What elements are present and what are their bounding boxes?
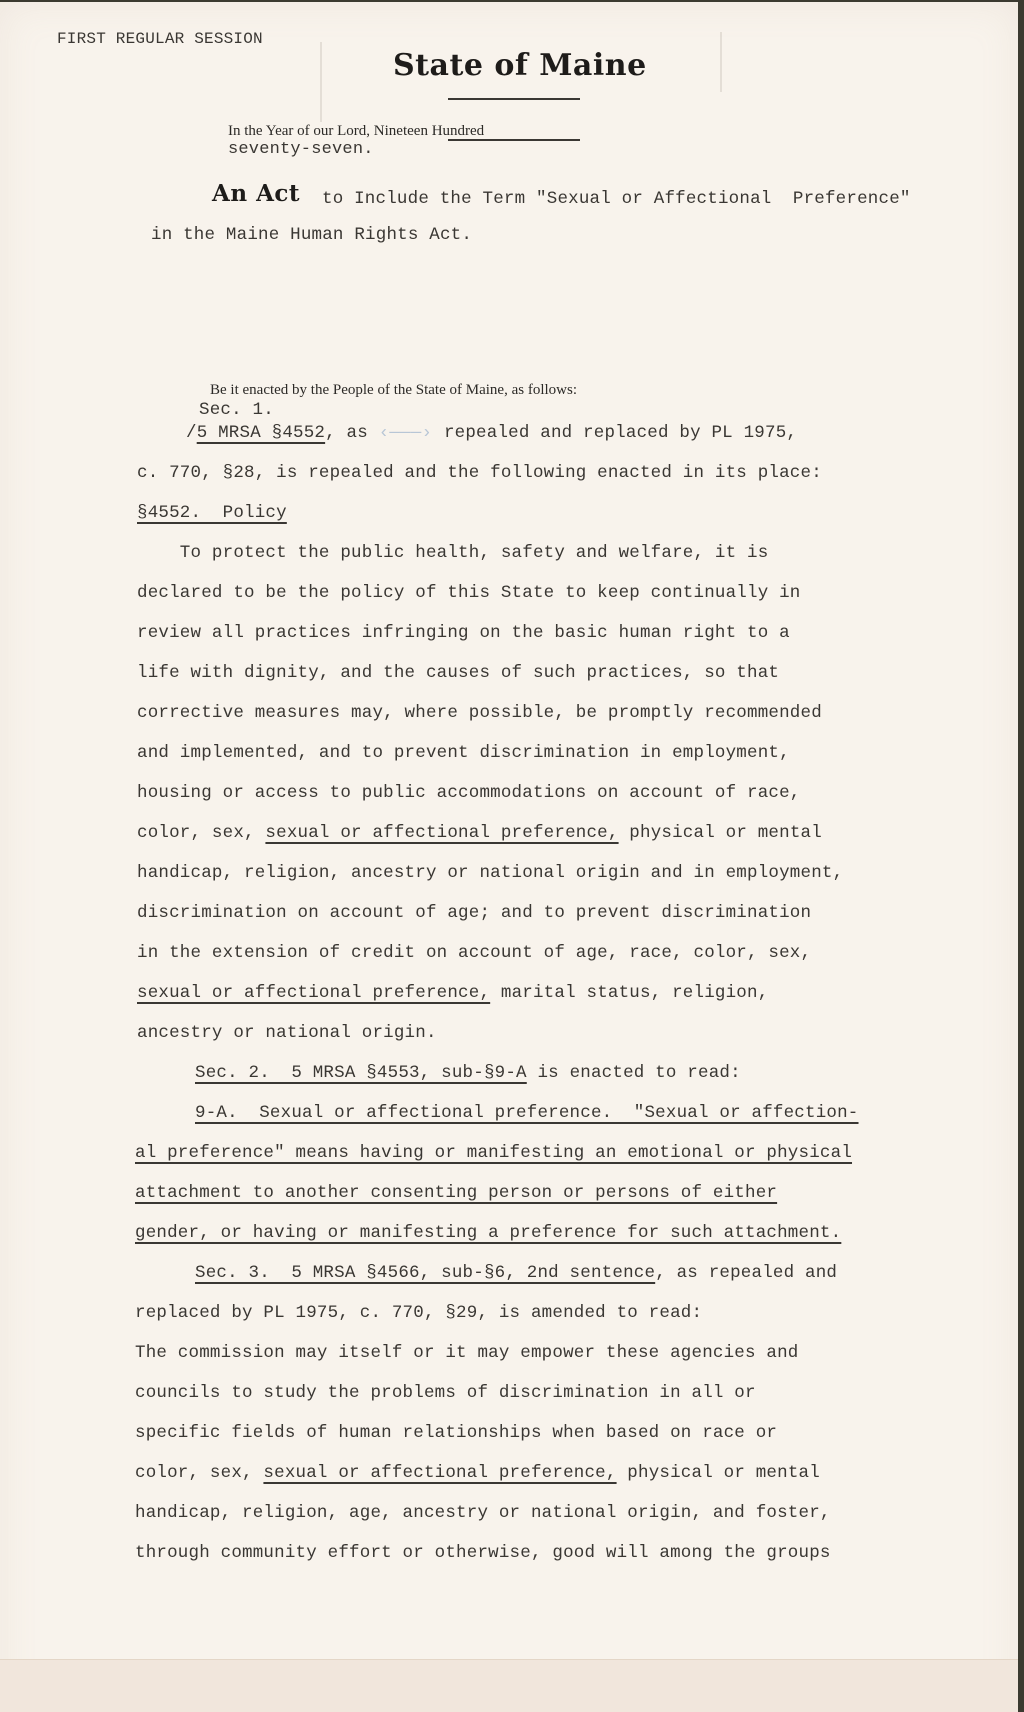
act-title-line2: in the Maine Human Rights Act.	[151, 225, 472, 245]
paper-crease	[320, 42, 322, 122]
state-title: State of Maine	[393, 48, 647, 83]
sec1-heading: §4552. Policy	[137, 503, 287, 523]
body-line: discrimination on account of age; and to…	[137, 903, 811, 923]
body-line: The commission may itself or it may empo…	[135, 1343, 799, 1363]
text: is enacted to read:	[527, 1063, 741, 1083]
sec3-line2: replaced by PL 1975, c. 770, §29, is ame…	[135, 1303, 702, 1323]
body-line: and implemented, and to prevent discrimi…	[137, 743, 790, 763]
title-rule-top	[448, 98, 580, 100]
body-line: color, sex, sexual or affectional prefer…	[137, 823, 822, 843]
text: color, sex,	[135, 1463, 263, 1483]
act-lead: An Act	[212, 180, 300, 207]
inserted-term: sexual or affectional preference,	[263, 1463, 616, 1483]
act-title-line1: to Include the Term "Sexual or Affection…	[322, 189, 911, 209]
body-line: councils to study the problems of discri…	[135, 1383, 756, 1403]
body-line: declared to be the policy of this State …	[137, 583, 801, 603]
body-line: in the extension of credit on account of…	[137, 943, 811, 963]
redaction-mark: ‹———›	[368, 423, 444, 443]
body-line: life with dignity, and the causes of suc…	[137, 663, 779, 683]
inserted-term: sexual or affectional preference,	[137, 983, 490, 1003]
text: physical or mental	[617, 1463, 820, 1483]
definition-line: attachment to another consenting person …	[135, 1183, 777, 1203]
body-line: To protect the public health, safety and…	[137, 543, 768, 563]
text: physical or mental	[619, 823, 822, 843]
enacting-clause: Be it enacted by the People of the State…	[210, 382, 577, 399]
paper-crease	[720, 32, 722, 92]
paper-bottom-edge	[0, 1659, 1018, 1712]
sec1-as: , as	[325, 423, 368, 443]
text: color, sex,	[137, 823, 265, 843]
text: , as repealed and	[655, 1263, 837, 1283]
inserted-term: sexual or affectional preference,	[265, 823, 618, 843]
body-line: review all practices infringing on the b…	[137, 623, 790, 643]
body-line: corrective measures may, where possible,…	[137, 703, 822, 723]
body-line: through community effort or otherwise, g…	[135, 1543, 831, 1563]
sec1-label: Sec. 1.	[199, 400, 274, 420]
document-page: FIRST REGULAR SESSION State of Maine In …	[0, 2, 1018, 1712]
year-typed: seventy-seven.	[228, 140, 374, 159]
body-line: color, sex, sexual or affectional prefer…	[135, 1463, 820, 1483]
body-line: specific fields of human relationships w…	[135, 1423, 777, 1443]
year-line: In the Year of our Lord, Nineteen Hundre…	[213, 106, 484, 176]
sec2-heading: Sec. 2. 5 MRSA §4553, sub-§9-A is enacte…	[195, 1063, 741, 1083]
sec1-line2: c. 770, §28, is repealed and the followi…	[137, 463, 822, 483]
body-line: sexual or affectional preference, marita…	[137, 983, 768, 1003]
session-label: FIRST REGULAR SESSION	[57, 30, 263, 48]
body-line: housing or access to public accommodatio…	[137, 783, 801, 803]
text: marital status, religion,	[490, 983, 768, 1003]
body-line: ancestry or national origin.	[137, 1023, 437, 1043]
body-line: handicap, religion, age, ancestry or nat…	[135, 1503, 831, 1523]
body-line: handicap, religion, ancestry or national…	[137, 863, 843, 883]
sec1-cite: 5 MRSA §4552	[197, 423, 325, 443]
definition-line: 9-A. Sexual or affectional preference. "…	[195, 1103, 859, 1123]
year-prefix: In the Year of our Lord, Nineteen Hundre…	[228, 123, 484, 139]
definition-line: gender, or having or manifesting a prefe…	[135, 1223, 841, 1243]
sec3-heading: Sec. 3. 5 MRSA §4566, sub-§6, 2nd senten…	[195, 1263, 837, 1283]
sec1-repealed: repealed and replaced by PL 1975,	[444, 423, 797, 443]
definition-line: al preference" means having or manifesti…	[135, 1143, 852, 1163]
sec2-cite: Sec. 2. 5 MRSA §4553, sub-§9-A	[195, 1063, 527, 1083]
sec3-cite: Sec. 3. 5 MRSA §4566, sub-§6, 2nd senten…	[195, 1263, 655, 1283]
title-rule-bottom	[448, 139, 580, 141]
sec1-line1: /5 MRSA §4552, as ‹———›repealed and repl…	[186, 423, 797, 443]
